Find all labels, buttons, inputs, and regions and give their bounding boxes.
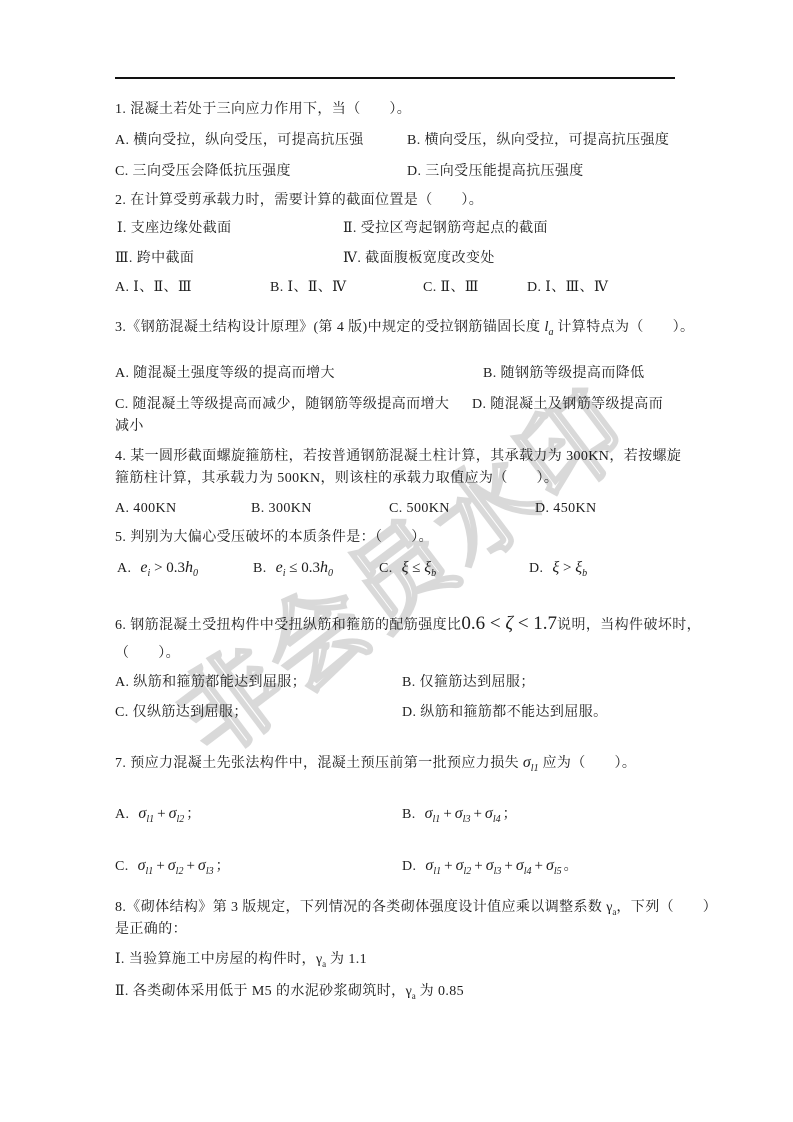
q8-item2-pre: Ⅱ. 各类砌体采用低于 M5 的水泥砂浆砌筑时，	[115, 984, 406, 999]
header-rule	[115, 77, 675, 79]
plus-operator: +	[474, 858, 482, 874]
q5-option-d: D.ξ > ξb	[529, 558, 587, 579]
question-6-paren: （ ）。	[115, 644, 683, 664]
math-operator: ≤	[409, 560, 425, 576]
sigma-variable: σ	[138, 857, 146, 874]
q7-option-d: D.σl1+σl2+σl3+σl4+σl5。	[402, 856, 578, 877]
q6-option-b: B. 仅箍筋达到屈服；	[402, 673, 535, 693]
math-variable: ξ	[402, 559, 409, 576]
plus-operator: +	[157, 806, 165, 822]
q4-option-a: A. 400KN	[115, 499, 177, 519]
plus-operator: +	[156, 858, 164, 874]
q6-text-post: 说明，当构件破坏时，	[557, 618, 701, 633]
q2-item-4: Ⅳ. 截面腹板宽度改变处	[343, 249, 495, 269]
sigma-variable: σ	[523, 754, 531, 771]
q4-line-1: 4. 某一圆形截面螺旋箍筋柱，若按普通钢筋混凝土柱计算，其承载力为 300KN，…	[115, 446, 683, 468]
option-punctuation: ；	[216, 859, 230, 874]
option-punctuation: 。	[564, 859, 578, 874]
sigma-subscript: l2	[176, 866, 184, 877]
q1-option-c: C. 三向受压会降低抗压强度	[115, 162, 291, 182]
question-2-text: 2. 在计算受剪承载力时，需要计算的截面位置是（ ）。	[115, 191, 683, 211]
q2-item-3: Ⅲ. 跨中截面	[115, 249, 194, 269]
sigma-variable: σ	[455, 805, 463, 822]
math-variable: e	[140, 559, 147, 576]
plus-operator: +	[186, 858, 194, 874]
question-5-text: 5. 判别为大偏心受压破坏的本质条件是：（ ）。	[115, 528, 683, 548]
q2-option-a: A. Ⅰ、Ⅱ、Ⅲ	[115, 278, 192, 298]
q8-line-2: 是正确的：	[115, 919, 683, 941]
q8-item1-post: 为 1.1	[326, 952, 367, 967]
sigma-subscript: l5	[554, 866, 562, 877]
sigma-subscript: l3	[494, 866, 502, 877]
question-1-text: 1. 混凝土若处于三向应力作用下，当（ ）。	[115, 100, 683, 120]
sigma-variable: σ	[486, 857, 494, 874]
sigma-subscript: l3	[206, 866, 214, 877]
option-label: D.	[402, 859, 416, 874]
zeta-variable: ζ	[505, 613, 513, 634]
exam-paper-page: 非会员水印 1. 混凝土若处于三向应力作用下，当（ ）。 A. 横向受拉，纵向受…	[0, 0, 793, 1122]
sigma-variable: σ	[198, 857, 206, 874]
question-8-text: 8.《砌体结构》第 3 版规定，下列情况的各类砌体强度设计值应乘以调整系数 γa…	[115, 897, 683, 941]
sigma-variable: σ	[168, 857, 176, 874]
q7-text-pre: 7. 预应力混凝土先张法构件中，混凝土预压前第一批预应力损失	[115, 756, 523, 771]
q1-option-b: B. 横向受压，纵向受拉，可提高抗压强度	[407, 131, 669, 151]
q2-option-d: D. Ⅰ、Ⅲ、Ⅳ	[527, 278, 608, 298]
sigma-variable: σ	[425, 805, 433, 822]
q2-item-1: Ⅰ. 支座边缘处截面	[117, 219, 232, 239]
math-number: 0.6 <	[461, 613, 505, 634]
math-number: < 1.7	[513, 613, 557, 634]
question-7-text: 7. 预应力混凝土先张法构件中，混凝土预压前第一批预应力损失 σl1 应为（ ）…	[115, 753, 683, 774]
question-3-option-d-continuation: 减小	[115, 417, 683, 437]
option-label: B.	[253, 561, 267, 576]
q8-item2-post: 为 0.85	[416, 984, 464, 999]
math-operator: ≤ 0.3	[286, 560, 320, 576]
option-punctuation: ；	[503, 807, 517, 822]
math-operator: >	[559, 560, 575, 576]
plus-operator: +	[535, 858, 543, 874]
q7-option-a: A.σl1+σl2；	[115, 804, 201, 825]
q8-line-1: 8.《砌体结构》第 3 版规定，下列情况的各类砌体强度设计值应乘以调整系数 γa…	[115, 897, 683, 919]
question-4-text: 4. 某一圆形截面螺旋箍筋柱，若按普通钢筋混凝土柱计算，其承载力为 300KN，…	[115, 446, 683, 490]
q3-option-b: B. 随钢筋等级提高而降低	[483, 364, 645, 384]
question-6-text: 6. 钢筋混凝土受扭构件中受扭纵筋和箍筋的配筋强度比0.6 < ζ < 1.7说…	[115, 614, 683, 636]
q5-option-c: C.ξ ≤ ξb	[379, 558, 436, 579]
q6-option-a: A. 纵筋和箍筋都能达到屈服；	[115, 673, 306, 693]
q6-option-c: C. 仅纵筋达到屈服；	[115, 703, 248, 723]
math-variable: e	[276, 559, 283, 576]
plus-operator: +	[444, 858, 452, 874]
math-variable: h	[185, 559, 193, 576]
q6-option-d: D. 纵筋和箍筋都不能达到屈服。	[402, 703, 608, 723]
q3-text-post: 计算特点为（ ）。	[554, 320, 695, 335]
sigma-subscript: l2	[463, 866, 471, 877]
q4-option-b: B. 300KN	[251, 499, 312, 519]
sigma-subscript: l1	[433, 814, 441, 825]
plus-operator: +	[473, 806, 481, 822]
question-8-item-1: Ⅰ. 当验算施工中房屋的构件时，γa 为 1.1	[115, 950, 683, 970]
q1-option-a: A. 横向受拉，纵向受压，可提高抗压强	[115, 131, 364, 151]
option-label: A.	[117, 561, 131, 576]
q5-option-a: A.ei > 0.3h0	[117, 558, 198, 579]
math-subscript: b	[431, 568, 436, 579]
sigma-subscript: l2	[176, 814, 184, 825]
math-subscript: 0	[193, 568, 198, 579]
q7-option-b: B.σl1+σl3+σl4；	[402, 804, 517, 825]
option-label: B.	[402, 807, 416, 822]
sigma-subscript: l1	[146, 866, 154, 877]
q2-option-c: C. Ⅱ、Ⅲ	[423, 278, 479, 298]
option-label: D.	[529, 561, 543, 576]
q4-line-2: 箍筋柱计算，其承载力为 500KN，则该柱的承载力取值应为（ ）。	[115, 468, 683, 490]
question-8-item-2: Ⅱ. 各类砌体采用低于 M5 的水泥砂浆砌筑时，γa 为 0.85	[115, 982, 683, 1002]
sigma-subscript: l1	[433, 866, 441, 877]
sigma-variable: σ	[516, 857, 524, 874]
q4-option-d: D. 450KN	[535, 499, 597, 519]
sigma-subscript: l1	[531, 763, 539, 774]
q3-text-pre: 3.《钢筋混凝土结构设计原理》(第 4 版)中规定的受拉钢筋锚固长度	[115, 320, 544, 335]
sigma-variable: σ	[546, 857, 554, 874]
plus-operator: +	[443, 806, 451, 822]
q6-strength-ratio-inequality: 0.6 < ζ < 1.7	[461, 613, 557, 634]
option-punctuation: ；	[186, 807, 200, 822]
math-variable: h	[320, 559, 328, 576]
sigma-variable: σ	[485, 805, 493, 822]
plus-operator: +	[504, 858, 512, 874]
q8-item1-pre: Ⅰ. 当验算施工中房屋的构件时，	[115, 952, 316, 967]
q4-option-c: C. 500KN	[389, 499, 450, 519]
math-subscript: 0	[328, 568, 333, 579]
sigma-subscript: l1	[146, 814, 154, 825]
question-3-text: 3.《钢筋混凝土结构设计原理》(第 4 版)中规定的受拉钢筋锚固长度 la 计算…	[115, 317, 683, 338]
q2-option-b: B. Ⅰ、Ⅱ、Ⅳ	[270, 278, 347, 298]
option-label: C.	[379, 561, 393, 576]
q3-option-a: A. 随混凝土强度等级的提高而增大	[115, 364, 335, 384]
q3-option-c: C. 随混凝土等级提高而减少，随钢筋等级提高而增大	[115, 395, 449, 415]
sigma-subscript: l3	[463, 814, 471, 825]
option-label: C.	[115, 859, 129, 874]
q2-item-2: Ⅱ. 受拉区弯起钢筋弯起点的截面	[343, 219, 548, 239]
q8-line1-pre: 8.《砌体结构》第 3 版规定，下列情况的各类砌体强度设计值应乘以调整系数	[115, 900, 606, 915]
q7-option-c: C.σl1+σl2+σl3；	[115, 856, 230, 877]
option-label: A.	[115, 807, 129, 822]
q5-option-b: B.ei ≤ 0.3h0	[253, 558, 333, 579]
math-subscript: b	[582, 568, 587, 579]
q8-line1-post: ，下列（ ）	[616, 900, 717, 915]
q7-text-post: 应为（ ）。	[539, 756, 637, 771]
sigma-subscript: l4	[524, 866, 532, 877]
math-operator: > 0.3	[150, 560, 185, 576]
q6-text-pre: 6. 钢筋混凝土受扭构件中受扭纵筋和箍筋的配筋强度比	[115, 618, 461, 633]
q1-option-d: D. 三向受压能提高抗压强度	[407, 162, 584, 182]
q3-option-d: D. 随混凝土及钢筋等级提高而	[472, 395, 663, 415]
sigma-subscript: l4	[493, 814, 501, 825]
